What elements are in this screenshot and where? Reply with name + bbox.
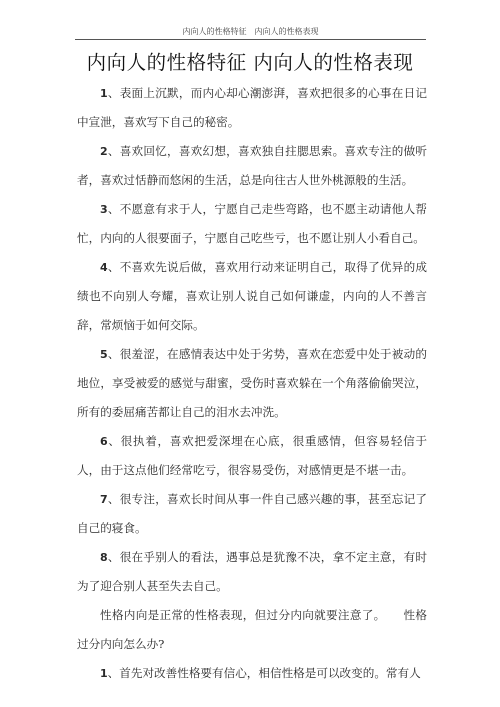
document-title: 内向人的性格特征 内向人的性格表现 (0, 47, 500, 75)
paragraph-4: 4、不喜欢先说后做，喜欢用行动来证明自己，取得了优异的成绩也不向别人夸耀，喜欢让… (77, 253, 427, 340)
paragraph-7: 7、很专注，喜欢长时间从事一件自己感兴趣的事，甚至忘记了自己的寝食。 (77, 485, 427, 543)
document-body: 1、表面上沉默，而内心却心潮澎湃，喜欢把很多的心事在日记中宣泄，喜欢写下自己的秘… (77, 79, 427, 688)
paragraph-1: 1、表面上沉默，而内心却心潮澎湃，喜欢把很多的心事在日记中宣泄，喜欢写下自己的秘… (77, 79, 427, 137)
paragraph-advice-1: 1、首先对改善性格要有信心，相信性格是可以改变的。常有人 (77, 659, 427, 688)
paragraph-2: 2、喜欢回忆，喜欢幻想，喜欢独自拄腮思索。喜欢专注的做听者，喜欢过恬静而悠闲的生… (77, 137, 427, 195)
paragraph-summary: 性格内向是正常的性格表现，但过分内向就要注意了。 性格过分内向怎么办? (77, 601, 427, 659)
paragraph-5: 5、很羞涩，在感情表达中处于劣势，喜欢在恋爱中处于被动的地位，享受被爱的感觉与甜… (77, 340, 427, 427)
paragraph-3: 3、不愿意有求于人，宁愿自己走些弯路，也不愿主动请他人帮忙，内向的人很要面子，宁… (77, 195, 427, 253)
running-header-text: 内向人的性格特征 内向人的性格表现 (183, 27, 319, 36)
paragraph-6: 6、很执着，喜欢把爱深埋在心底，很重感情，但容易轻信于人，由于这点他们经常吃亏，… (77, 427, 427, 485)
running-header: 内向人的性格特征 内向人的性格表现 (75, 26, 426, 40)
paragraph-8: 8、很在乎别人的看法，遇事总是犹豫不决，拿不定主意，有时为了迎合别人甚至失去自己… (77, 543, 427, 601)
